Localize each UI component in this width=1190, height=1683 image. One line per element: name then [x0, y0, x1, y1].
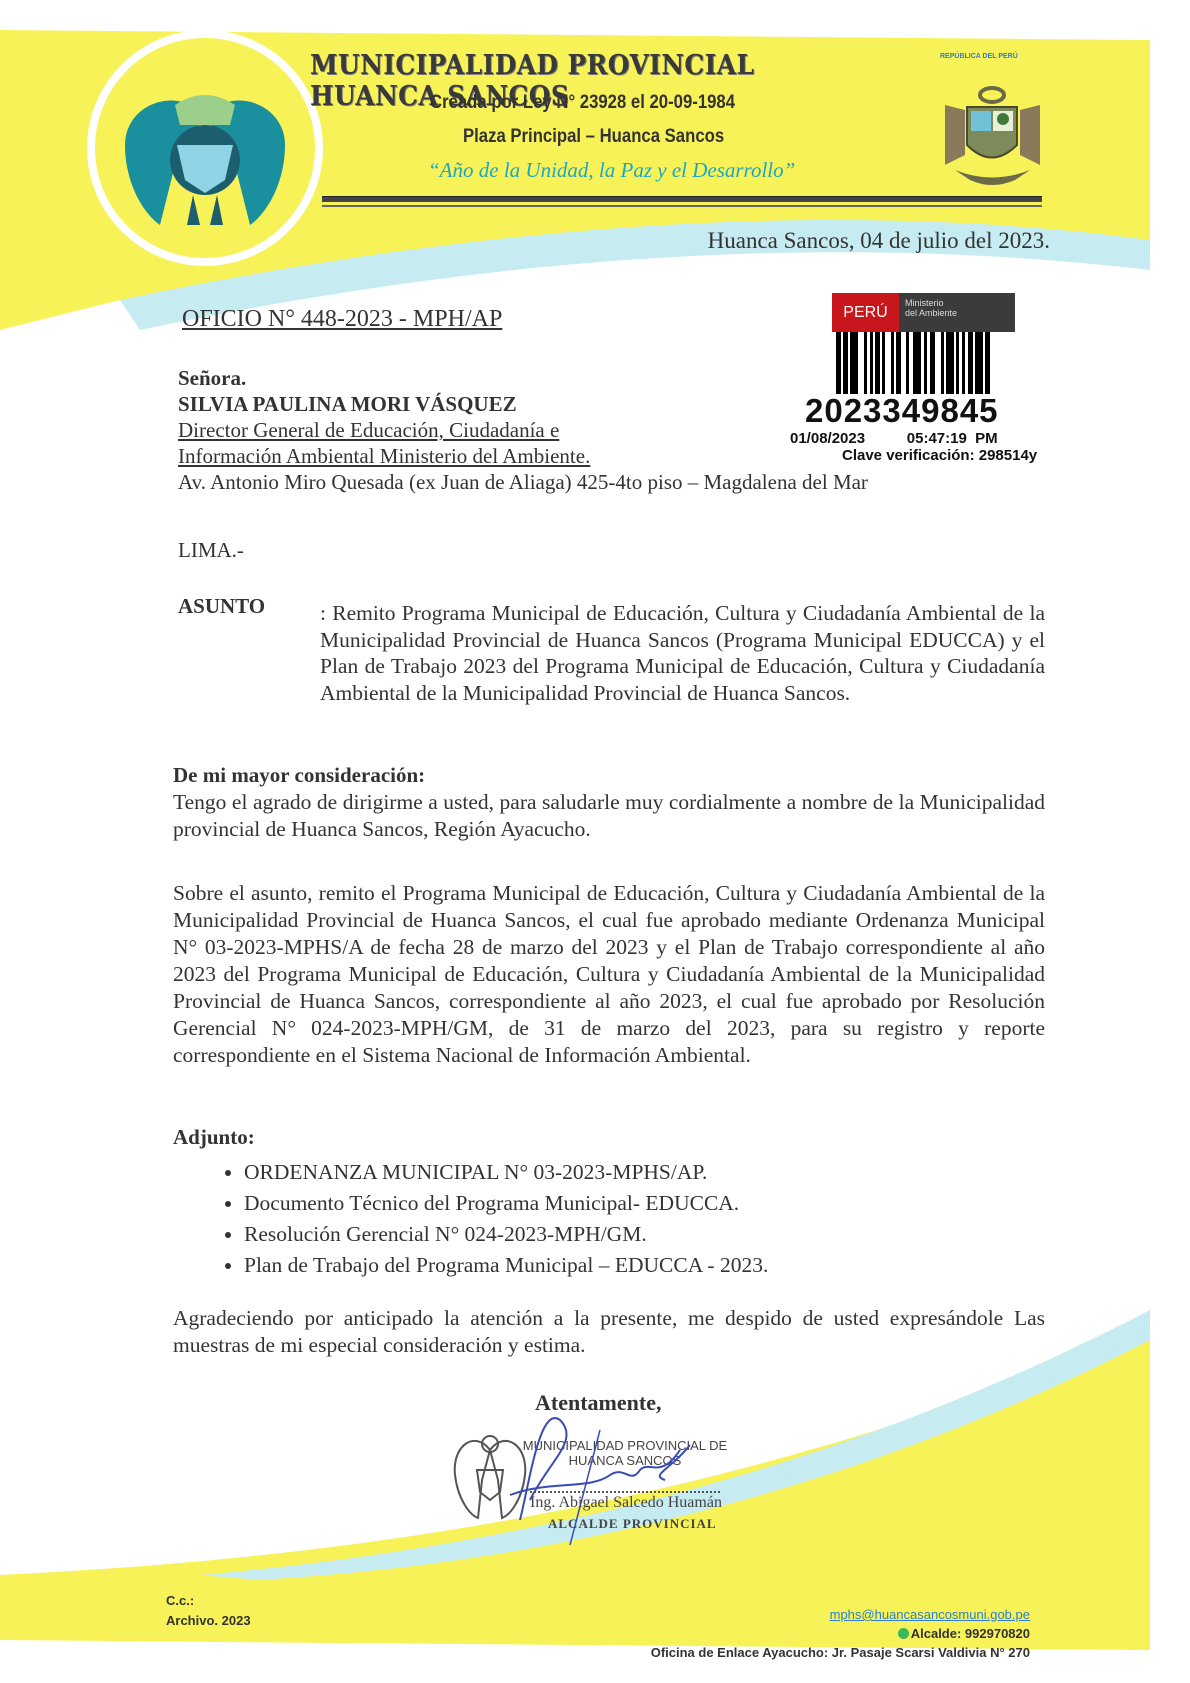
- recipient-name: SILVIA PAULINA MORI VÁSQUEZ: [178, 391, 868, 417]
- reception-stamp: PERÚ Ministerio del Ambiente 2023349845 …: [832, 293, 1082, 464]
- recipient-title-2: Información Ambiental Ministerio del Amb…: [178, 443, 868, 469]
- closing-paragraph: Agradeciendo por anticipado la atención …: [173, 1305, 1045, 1359]
- footer-phone: Alcalde: 992970820: [651, 1624, 1030, 1643]
- creation-law: Creada por Ley N° 23928 el 20-09-1984: [430, 92, 735, 114]
- institution-address: Plaza Principal – Huanca Sancos: [463, 126, 724, 148]
- paragraph-main: Sobre el asunto, remito el Programa Muni…: [173, 880, 1045, 1069]
- whatsapp-icon: [898, 1628, 909, 1639]
- paragraph-intro: Tengo el agrado de dirigirme a usted, pa…: [173, 789, 1045, 843]
- subject-label: ASUNTO: [178, 594, 265, 619]
- attachments-list: ORDENANZA MUNICIPAL N° 03-2023-MPHS/AP. …: [210, 1157, 768, 1281]
- verification-key: Clave verificación: 298514y: [842, 447, 1082, 464]
- header-divider: [322, 196, 1042, 202]
- signature-line: [530, 1491, 720, 1493]
- oficio-number: OFICIO N° 448-2023 - MPH/AP: [182, 306, 502, 333]
- registry-number: 2023349845: [805, 392, 1082, 430]
- recipient-city: LIMA.-: [178, 538, 244, 563]
- ministry-label: Ministerio del Ambiente: [899, 293, 1015, 332]
- carbon-copy: C.c.: Archivo. 2023: [166, 1591, 251, 1631]
- letter-date: Huanca Sancos, 04 de julio del 2023.: [708, 228, 1050, 254]
- signer-name: Ing. Abigael Salcedo Huamán: [530, 1494, 722, 1512]
- recipient-block: Señora. SILVIA PAULINA MORI VÁSQUEZ Dire…: [178, 365, 868, 495]
- attachment-item: Documento Técnico del Programa Municipal…: [244, 1188, 768, 1219]
- stamp-datetime: 01/08/2023 05:47:19 PM: [790, 430, 1082, 447]
- peru-label: PERÚ: [832, 293, 899, 332]
- peru-coat-of-arms-icon: [935, 85, 1050, 185]
- subject-text: : Remito Programa Municipal de Educación…: [320, 600, 1045, 706]
- recipient-title-1: Director General de Educación, Ciudadaní…: [178, 417, 868, 443]
- footer-contact: mphs@huancasancosmuni.gob.pe Alcalde: 99…: [651, 1605, 1030, 1662]
- year-motto: “Año de la Unidad, la Paz y el Desarroll…: [428, 158, 795, 183]
- salutation: Señora.: [178, 365, 868, 391]
- barcode-icon: [836, 332, 1082, 394]
- attachment-item: Plan de Trabajo del Programa Municipal –…: [244, 1250, 768, 1281]
- attachments-label: Adjunto:: [173, 1125, 255, 1150]
- attachment-item: ORDENANZA MUNICIPAL N° 03-2023-MPHS/AP.: [244, 1157, 768, 1188]
- footer-office: Oficina de Enlace Ayacucho: Jr. Pasaje S…: [651, 1643, 1030, 1662]
- greeting: De mi mayor consideración:: [173, 763, 425, 788]
- cc-value: Archivo. 2023: [166, 1611, 251, 1631]
- republic-label: REPÚBLICA DEL PERÚ: [940, 53, 1018, 60]
- attachment-item: Resolución Gerencial N° 024-2023-MPH/GM.: [244, 1219, 768, 1250]
- condor-emblem-icon: [115, 75, 295, 235]
- recipient-address: Av. Antonio Miro Quesada (ex Juan de Ali…: [178, 469, 868, 495]
- signer-role: ALCALDE PROVINCIAL: [548, 1516, 717, 1532]
- footer-email[interactable]: mphs@huancasancosmuni.gob.pe: [651, 1605, 1030, 1624]
- cc-label: C.c.:: [166, 1591, 251, 1611]
- header-divider-thin: [322, 205, 1042, 207]
- ministry-logo: PERÚ Ministerio del Ambiente: [832, 293, 1015, 332]
